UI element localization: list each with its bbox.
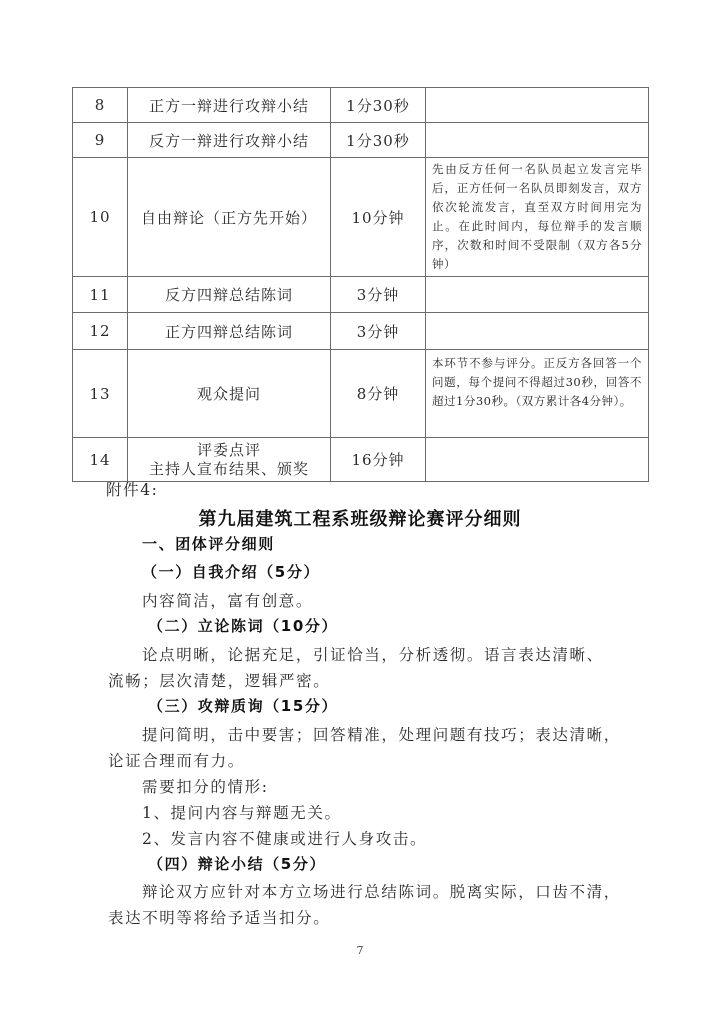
row-item: 反方四辩总结陈词	[128, 277, 331, 313]
row-note	[426, 313, 649, 350]
subsection-heading: （三）攻辩质询（15分）	[148, 695, 338, 716]
subsection-heading: （一）自我介绍（5分）	[142, 561, 320, 582]
row-time: 3分钟	[331, 277, 426, 313]
row-number: 12	[73, 313, 128, 350]
paragraph-line: 表达不明等将给予适当扣分。	[108, 906, 330, 928]
row-note: 本环节不参与评分。正反方各回答一个问题，每个提问不得超过30秒，回答不超过1分3…	[426, 350, 649, 438]
paragraph-line: 论证合理而有力。	[108, 749, 245, 771]
row-note: 先由反方任何一名队员起立发言完毕后，正方任何一名队员即刻发言，双方依次轮流发言，…	[426, 158, 649, 277]
row-item: 评委点评 主持人宣布结果、颁奖	[128, 438, 331, 482]
row-item: 正方一辩进行攻辩小结	[128, 88, 331, 123]
page-number: 7	[0, 944, 720, 957]
row-time: 10分钟	[331, 158, 426, 277]
row-item: 反方一辩进行攻辩小结	[128, 123, 331, 158]
row-item: 正方四辩总结陈词	[128, 313, 331, 350]
schedule-table: 8 正方一辩进行攻辩小结 1分30秒 9 反方一辩进行攻辩小结 1分30秒 10…	[72, 87, 649, 482]
paragraph: 内容简洁，富有创意。	[142, 589, 313, 611]
row-time: 16分钟	[331, 438, 426, 482]
row-time: 3分钟	[331, 313, 426, 350]
table-row: 10 自由辩论（正方先开始） 10分钟 先由反方任何一名队员起立发言完毕后，正方…	[73, 158, 649, 277]
row-note	[426, 438, 649, 482]
section-heading: 一、团体评分细则	[142, 533, 275, 554]
attachment-label: 附件4:	[106, 478, 158, 500]
row-time: 1分30秒	[331, 123, 426, 158]
row-note	[426, 88, 649, 123]
deduction-item: 2、发言内容不健康或进行人身攻击。	[142, 827, 427, 849]
table-row: 8 正方一辩进行攻辩小结 1分30秒	[73, 88, 649, 123]
table-row: 11 反方四辩总结陈词 3分钟	[73, 277, 649, 313]
row-number: 10	[73, 158, 128, 277]
row-time: 8分钟	[331, 350, 426, 438]
paragraph-line: 论点明晰，论据充足，引证恰当，分析透彻。语言表达清晰、	[142, 643, 604, 665]
paragraph-line: 提问简明，击中要害；回答精准，处理问题有技巧；表达清晰，	[142, 723, 621, 745]
table-row: 12 正方四辩总结陈词 3分钟	[73, 313, 649, 350]
row-item: 自由辩论（正方先开始）	[128, 158, 331, 277]
paragraph-line: 辩论双方应针对本方立场进行总结陈词。脱离实际，口齿不清，	[142, 880, 621, 902]
row-number: 13	[73, 350, 128, 438]
table-row: 13 观众提问 8分钟 本环节不参与评分。正反方各回答一个问题，每个提问不得超过…	[73, 350, 649, 438]
row-number: 8	[73, 88, 128, 123]
deduction-item: 1、提问内容与辩题无关。	[142, 801, 342, 823]
row-number: 9	[73, 123, 128, 158]
table-row: 9 反方一辩进行攻辩小结 1分30秒	[73, 123, 649, 158]
row-item-line2: 主持人宣布结果、颁奖	[130, 460, 328, 479]
document-page: 8 正方一辩进行攻辩小结 1分30秒 9 反方一辩进行攻辩小结 1分30秒 10…	[0, 0, 720, 1019]
row-item-line1: 评委点评	[130, 441, 328, 460]
paragraph-line: 流畅；层次清楚，逻辑严密。	[108, 669, 330, 691]
table-row: 14 评委点评 主持人宣布结果、颁奖 16分钟	[73, 438, 649, 482]
row-item: 观众提问	[128, 350, 331, 438]
row-note	[426, 277, 649, 313]
subsection-heading: （二）立论陈词（10分）	[148, 615, 338, 636]
row-time: 1分30秒	[331, 88, 426, 123]
row-number: 14	[73, 438, 128, 482]
subsection-heading: （四）辩论小结（5分）	[148, 853, 326, 874]
deduction-label: 需要扣分的情形:	[142, 775, 269, 797]
row-note	[426, 123, 649, 158]
document-title: 第九届建筑工程系班级辩论赛评分细则	[0, 505, 720, 531]
row-number: 11	[73, 277, 128, 313]
